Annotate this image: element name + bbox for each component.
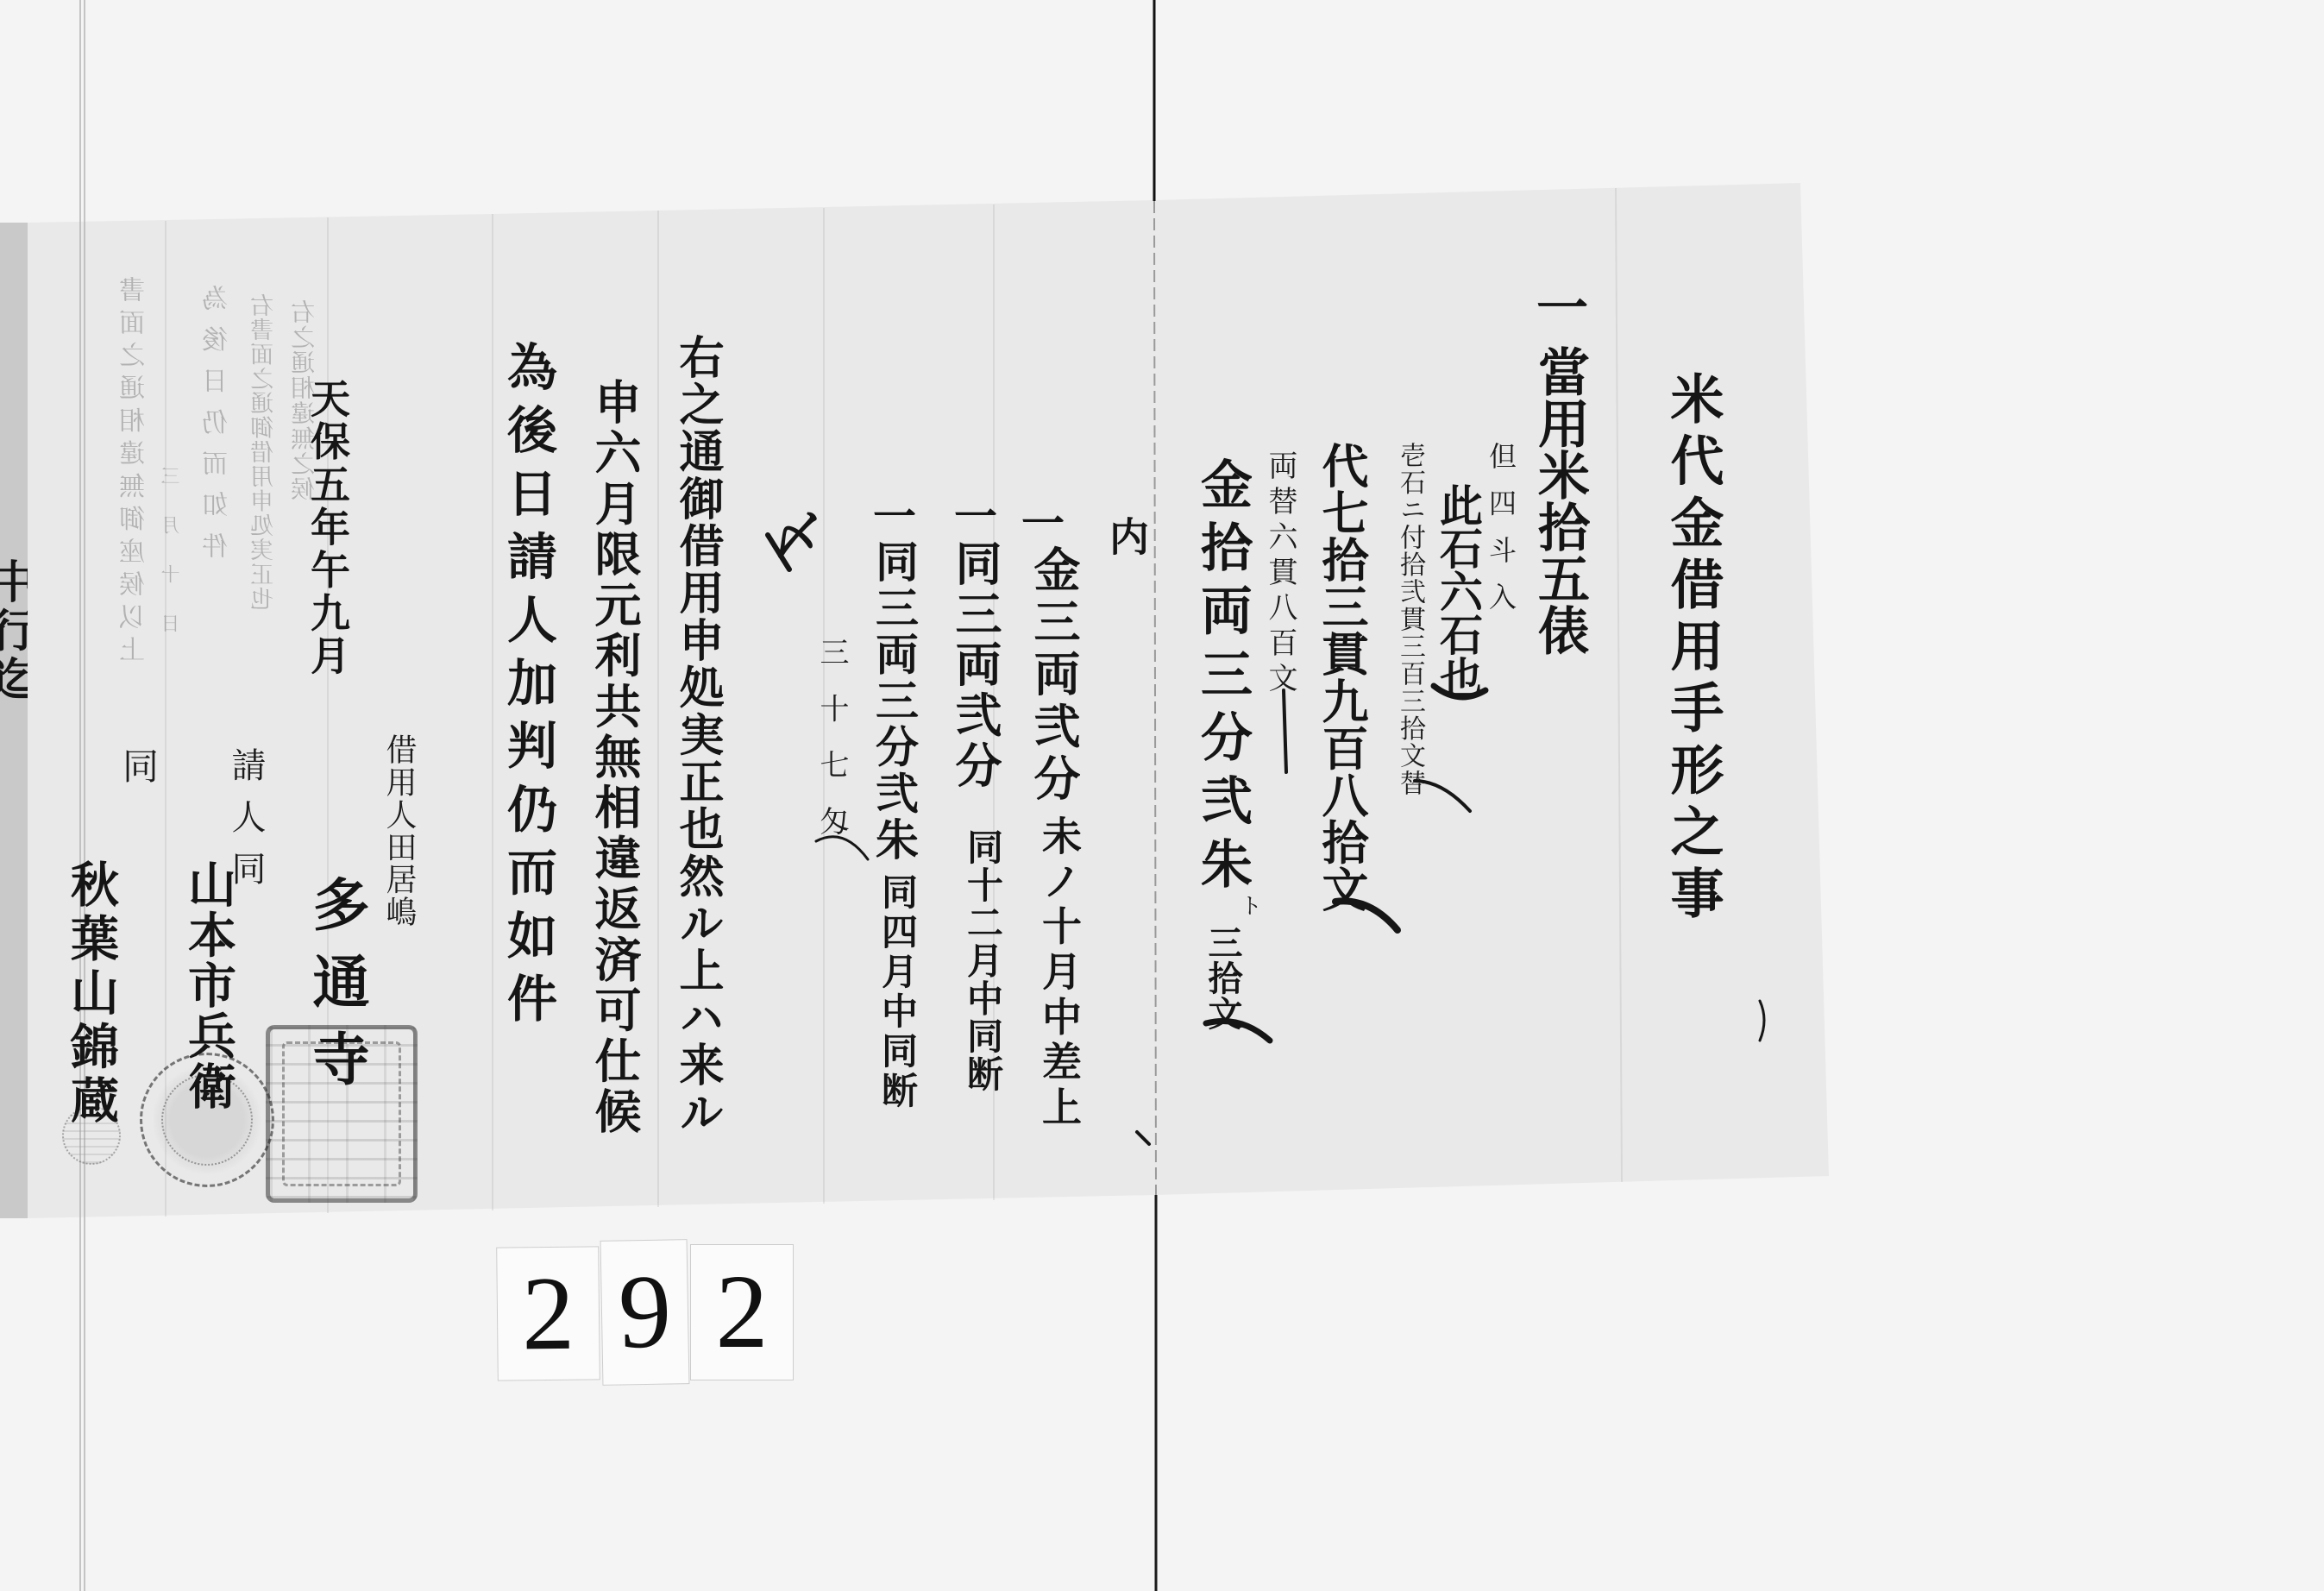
adjacent-sheet-margin: 中行迄 xyxy=(0,223,28,1218)
scan-background xyxy=(0,0,2324,1591)
archive-number-digit: 2 xyxy=(496,1246,600,1380)
entry-period-status: 未ノ十月中差上 xyxy=(1040,815,1079,1126)
rate-note: 壱石ニ付拾弐貫三百三拾文替 xyxy=(1397,442,1423,795)
entry-status: 同断 xyxy=(962,1017,1004,1091)
body-line: 為後日請人加判仍而如件 xyxy=(503,341,553,1022)
entry-bullet-mark: 一 xyxy=(870,494,913,537)
signatory-role: 借用人 xyxy=(381,733,417,831)
rice-price: 代七拾三貫九百八拾文 xyxy=(1319,442,1366,912)
entry-amount: 同三両三分弐朱 xyxy=(872,539,915,860)
gold-remainder: 三拾文 xyxy=(1205,925,1240,1030)
margin-fragment-text: 中行迄 xyxy=(0,558,28,701)
closing-mark: 〆 xyxy=(767,509,819,595)
rice-volume: 此石六石也 xyxy=(1436,483,1479,699)
bleed-through-line: 為後日仍而如件 xyxy=(205,285,231,558)
body-line: 右之通御借用申処実正也然ル上ハ来ル xyxy=(675,334,719,1134)
signatory-place: 田居嶋 xyxy=(381,831,417,927)
item-bullet-mark: 一 xyxy=(1532,280,1584,332)
body-line: 申六月限元利共無相違返済可仕候 xyxy=(592,378,638,1134)
rice-item: 當用米拾五俵 xyxy=(1534,345,1586,656)
signatory-name: 秋葉山錦蔵 xyxy=(67,859,116,1123)
entry-amount: 同三両弐分 xyxy=(952,539,999,788)
signatory-role: 請人 xyxy=(226,747,266,851)
entry-period: 同十二月中 xyxy=(962,828,1004,1017)
document-date: 天保五年午九月 xyxy=(308,378,348,675)
entry-bullet-mark: 一 xyxy=(951,494,994,537)
entry-period-status: 同四月中同断 xyxy=(879,873,915,1108)
gold-amount: 金拾両三分弐朱 xyxy=(1197,457,1248,889)
entry-period-status: 同十二月中同断 xyxy=(964,828,1001,1091)
signatory-name: 山本市兵衛 xyxy=(185,859,233,1110)
signatory-role: 同 xyxy=(120,747,156,786)
exchange-note: 両替六貫八百文 xyxy=(1266,450,1295,692)
signatory-name: 多通寺 xyxy=(308,875,365,1086)
packing-note: 但四斗入 xyxy=(1487,442,1515,610)
entry-status: 差上 xyxy=(1036,1041,1083,1126)
remainder-mark: ト xyxy=(1238,894,1260,918)
bleed-through-line: 三月十日 xyxy=(163,466,182,632)
signatory-role-place: 借用人田居嶋 xyxy=(383,733,414,927)
entry-period: 同四月中 xyxy=(876,873,919,1032)
breakdown-label: 内 xyxy=(1107,516,1146,557)
entry-bullet-mark: 一 xyxy=(1018,500,1061,544)
entry-period: 未ノ十月中 xyxy=(1036,815,1083,1041)
archive-number-digit: 9 xyxy=(600,1239,690,1386)
entry-amount: 金三両弐分 xyxy=(1031,545,1077,801)
breakdown-side-note: 三十七匁 xyxy=(817,637,846,835)
entry-status: 同断 xyxy=(876,1032,919,1108)
document-title: 米代金借用手形之事 xyxy=(1666,371,1719,919)
archive-number-digit: 2 xyxy=(690,1244,794,1380)
bleed-through-line: 右書面之通御借用申処実正也 xyxy=(253,293,276,610)
bleed-through-line: 書面之通相違無御座候以上 xyxy=(122,276,148,662)
